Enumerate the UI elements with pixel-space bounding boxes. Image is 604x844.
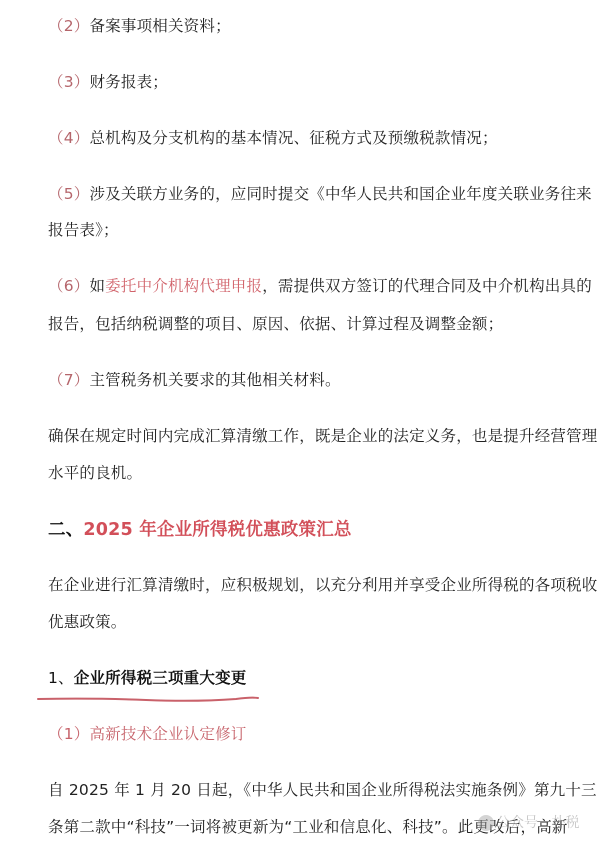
section-intro-1: 在企业进行汇算清缴时，应积极规划，以充分利用并享受企业所得税的各项税收: [48, 573, 598, 595]
item-text: 财务报表；: [89, 73, 168, 91]
item-text: 备案事项相关资料；: [89, 17, 230, 35]
summary-line-1: 确保在规定时间内完成汇算清缴工作，既是企业的法定义务，也是提升经营管理: [48, 424, 598, 446]
subsection-prefix: 1、: [48, 669, 74, 687]
handdrawn-underline: [36, 694, 264, 704]
list-item-6: （6）如委托中介机构代理申报，需提供双方签订的代理合同及中介机构出具的: [48, 274, 592, 296]
item-number: （7）: [48, 371, 89, 389]
section-intro-2: 优惠政策。: [48, 610, 127, 632]
subsection-title: 企业所得税三项重大变更: [74, 669, 247, 687]
list-item-4: （4）总机构及分支机构的基本情况、征税方式及预缴税款情况；: [48, 126, 498, 148]
watermark: 公众号 · 朴税: [478, 812, 579, 832]
item-number: （1）: [48, 725, 89, 743]
item-number: （2）: [48, 17, 89, 35]
watermark-text: 公众号 · 朴税: [496, 815, 579, 831]
item-title: 高新技术企业认定修订: [89, 725, 246, 743]
list-item-5: （5）涉及关联方业务的，应同时提交《中华人民共和国企业年度关联业务往来: [48, 182, 592, 204]
list-item-3: （3）财务报表；: [48, 70, 168, 92]
item-text: 涉及关联方业务的，应同时提交《中华人民共和国企业年度关联业务往来: [89, 185, 591, 203]
item-number: （3）: [48, 73, 89, 91]
wechat-icon: [478, 815, 494, 831]
item-text: 总机构及分支机构的基本情况、征税方式及预缴税款情况；: [89, 129, 497, 147]
subsection-heading: 1、企业所得税三项重大变更: [48, 666, 246, 688]
section-title: 2025 年企业所得税优惠政策汇总: [83, 520, 351, 540]
list-item-2: （2）备案事项相关资料；: [48, 14, 231, 36]
list-item-6-cont: 报告，包括纳税调整的项目、原因、依据、计算过程及调整金额；: [48, 312, 503, 334]
item-number: （4）: [48, 129, 89, 147]
item-number: （6）: [48, 277, 89, 295]
item-text: ，需提供双方签订的代理合同及中介机构出具的: [262, 277, 592, 295]
item-number: （5）: [48, 185, 89, 203]
item-text-pre: 如: [89, 277, 105, 295]
section-heading: 二、2025 年企业所得税优惠政策汇总: [48, 516, 352, 541]
list-item-5-cont: 报告表》；: [48, 218, 119, 240]
list-item-7: （7）主管税务机关要求的其他相关材料。: [48, 368, 341, 390]
paragraph-line-1: 自 2025 年 1 月 20 日起，《中华人民共和国企业所得税法实施条例》第九…: [48, 778, 597, 800]
summary-line-2: 水平的良机。: [48, 461, 142, 483]
item-text: 主管税务机关要求的其他相关材料。: [89, 371, 340, 389]
section-prefix: 二、: [48, 520, 83, 540]
highlight-text: 委托中介机构代理申报: [105, 277, 262, 295]
subsection-item-1: （1）高新技术企业认定修订: [48, 722, 246, 744]
